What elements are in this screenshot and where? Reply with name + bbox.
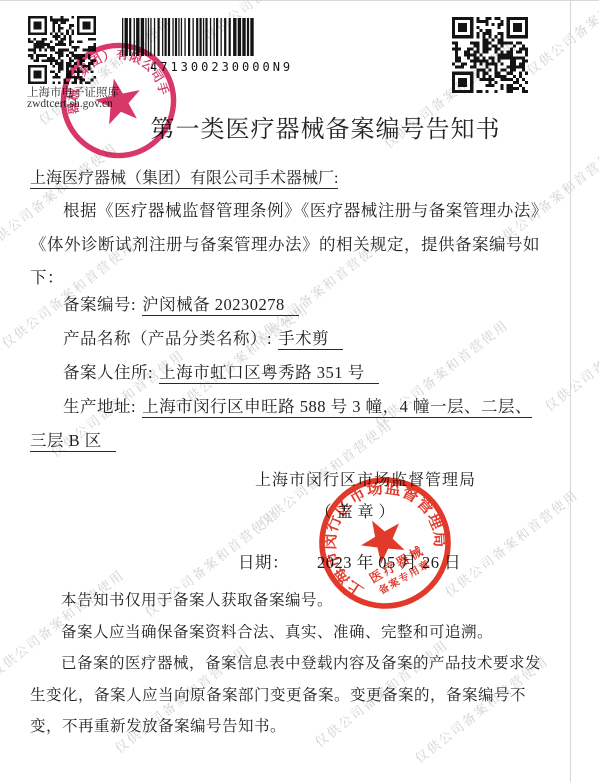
field-value: 沪闵械备 20230278 [142,295,299,316]
addressee-line: 上海医疗器械（集团）有限公司手术器械厂: [30,165,338,188]
field-label: 备案人住所: [63,363,153,382]
date-line: 日期：2023 年 05 月 26 日 [238,549,461,573]
note-paragraph: 已备案的医疗器械，备案信息表中登载内容及备案的产品技术要求发生变化，备案人应当向… [30,648,542,743]
stamp-note: （盖章） [58,499,599,522]
field-value: 手术剪 [278,329,343,350]
barcode-number: 471300230000N9 [150,60,293,74]
filing-fields: 备案编号:沪闵械备 20230278 产品名称（产品分类名称）:手术剪 备案人住… [30,288,542,458]
field-label: 产品名称（产品分类名称）: [63,329,272,348]
field-row-registrant-address: 备案人住所:上海市虹口区粤秀路 351 号 [30,356,542,390]
qr-code-icon [452,17,528,93]
note-paragraph: 本告知书仅用于备案人获取备案编号。 [30,585,542,617]
date-value: 2023 年 05 月 26 日 [317,553,461,572]
content-layer: 471300230000N9 上海市电子证照库 zwdtcert.sh.gov.… [0,0,599,782]
addressee-name: 上海医疗器械（集团）有限公司手术器械厂: [30,170,338,189]
field-label: 生产地址: [63,397,136,416]
note-paragraph: 备案人应当确保备案资料合法、真实、准确、完整和可追溯。 [30,617,542,649]
document-title: 第一类医疗器械备案编号告知书 [26,109,599,144]
date-label: 日期： [238,553,289,572]
authority-name: 上海市闵行区市场监督管理局 [66,467,599,490]
field-row-product-name: 产品名称（产品分类名称）:手术剪 [30,322,542,356]
barcode-icon [122,18,258,56]
qr-code-icon [28,16,96,84]
footer-notes: 本告知书仅用于备案人获取备案编号。 备案人应当确保备案资料合法、真实、准确、完整… [30,585,542,743]
field-row-production-address: 生产地址:上海市闵行区申旺路 588 号 3 幢，4 幢一层、二层、三层 B 区 [30,390,542,458]
field-value: 上海市虹口区粤秀路 351 号 [159,363,379,384]
field-row-filing-number: 备案编号:沪闵械备 20230278 [30,288,542,322]
intro-paragraph: 根据《医疗器械监督管理条例》《医疗器械注册与备案管理办法》《体外诊断试剂注册与备… [30,194,542,295]
field-label: 备案编号: [63,295,136,314]
notification-document: 仅供公司备案和首营使用仅供公司备案和首营使用仅供公司备案和首营使用仅供公司备案和… [0,0,599,782]
